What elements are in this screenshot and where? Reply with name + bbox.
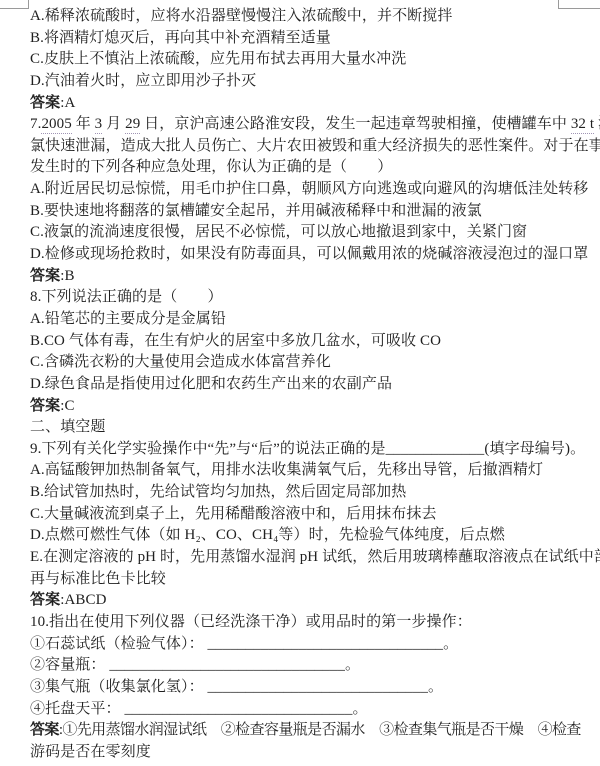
document-page: A.稀释浓硫酸时，应将水沿器壁慢慢注入浓硫酸中，并不断搅拌B.将酒精灯熄灭后，再… <box>0 0 600 766</box>
q9-option-b: B.给试管加热时，先给试管均匀加热，然后固定局部加热 <box>30 482 575 504</box>
answer-label: 答案 <box>30 398 60 414</box>
q8-option-b: B.CO 气体有毒，在生有炉火的居室中多放几盆水，可吸收 CO <box>30 331 575 353</box>
q9-option-c: C.大量碱液流到桌子上，先用稀醋酸溶液中和，后用抹布抹去 <box>30 504 575 526</box>
q10-blank-item-2: ②容量瓶： _______________________________。 <box>30 655 575 677</box>
answer-label: 答案 <box>30 592 60 608</box>
q7-option-c: C.液氯的流淌速度很慢，居民不必惊慌，可以放心地撤退到家中，关紧门窗 <box>30 222 575 244</box>
q7-stem-line2: 氯快速泄漏，造成大批人员伤亡、大片农田被毁和重大经济损失的恶性案件。对于在事故 <box>30 136 575 158</box>
section-2-heading: 二、填空题 <box>30 417 575 439</box>
document-content: A.稀释浓硫酸时，应将水沿器壁慢慢注入浓硫酸中，并不断搅拌B.将酒精灯熄灭后，再… <box>30 6 575 763</box>
q7-option-a: A.附近居民切忌惊慌，用毛巾护住口鼻，朝顺风方向逃逸或向避风的沟塘低洼处转移 <box>30 179 575 201</box>
q9-stem: 9.下列有关化学实验操作中“先”与“后”的说法正确的是_____________… <box>30 439 575 461</box>
q9-option-d: D.点燃可燃性气体（如 H₂、CO、CH₄等）时，先检验气体纯度，后点燃 <box>30 525 575 547</box>
text-boundary-mark-left <box>0 0 29 9</box>
q6-option-a: A.稀释浓硫酸时，应将水沿器壁慢慢注入浓硫酸中，并不断搅拌 <box>30 6 575 28</box>
answer-label: 答案 <box>30 95 60 111</box>
q7-stem-line3: 发生时的下列各种应急处理，你认为正确的是（ ） <box>30 157 575 179</box>
q8-stem: 8.下列说法正确的是（ ） <box>30 287 575 309</box>
q8-option-c: C.含磷洗衣粉的大量使用会造成水体富营养化 <box>30 352 575 374</box>
q6-answer: 答案:A <box>30 93 575 115</box>
q10-stem: 10.指出在使用下列仪器（已经洗涤干净）或用品时的第一步操作： <box>30 612 575 634</box>
q8-answer: 答案:C <box>30 396 575 418</box>
q9-option-e-line1: E.在测定溶液的 pH 时，先用蒸馏水湿润 pH 试纸，然后用玻璃棒蘸取溶液点在… <box>30 547 575 569</box>
q6-option-c: C.皮肤上不慎沾上浓硫酸，应先用布拭去再用大量水冲洗 <box>30 49 575 71</box>
q7-option-d: D.检修或现场抢救时，如果没有防毒面具，可以佩戴用浓的烧碱溶液浸泡过的湿口罩 <box>30 244 575 266</box>
q6-option-b: B.将酒精灯熄灭后，再向其中补充酒精至适量 <box>30 28 575 50</box>
q9-option-a: A.高锰酸钾加热制备氧气，用排水法收集满氧气后，先移出导管，后撤酒精灯 <box>30 460 575 482</box>
q10-answer-line2: 游码是否在零刻度 <box>30 742 575 764</box>
q7-option-b: B.要快速地将翻落的氯槽罐安全起吊，并用碱液稀释中和泄漏的液氯 <box>30 201 575 223</box>
q6-option-d: D.汽油着火时，应立即用沙子扑灭 <box>30 71 575 93</box>
grammar-check-underlined-text: 32 t <box>571 116 594 134</box>
q10-blank-item-1: ①石蕊试纸（检验气体）： ___________________________… <box>30 634 575 656</box>
q7-stem-line1: 7.2005 年 3 月 29 日，京沪高速公路淮安段，发生一起违章驾驶相撞，使… <box>30 114 575 136</box>
grammar-check-underlined-text: 29 <box>125 116 140 134</box>
q10-blank-item-3: ③集气瓶（收集氯化氢）： ___________________________… <box>30 677 575 699</box>
grammar-check-underlined-text: 2005 <box>41 116 71 134</box>
q8-option-a: A.铅笔芯的主要成分是金属铅 <box>30 309 575 331</box>
q9-option-e-line2: 再与标准比色卡比较 <box>30 569 575 591</box>
answer-label: 答案 <box>30 268 60 284</box>
q8-option-d: D.绿色食品是指使用过化肥和农药生产出来的农副产品 <box>30 374 575 396</box>
q10-blank-item-4: ④托盘天平： ______________________________。 <box>30 699 575 721</box>
q10-answer-line1: 答案:①先用蒸馏水润湿试纸 ②检查容量瓶是否漏水 ③检查集气瓶是否干燥 ④检查 <box>30 720 575 742</box>
answer-label: 答案 <box>30 722 59 738</box>
q7-answer: 答案:B <box>30 266 575 288</box>
q9-answer: 答案:ABCD <box>30 590 575 612</box>
